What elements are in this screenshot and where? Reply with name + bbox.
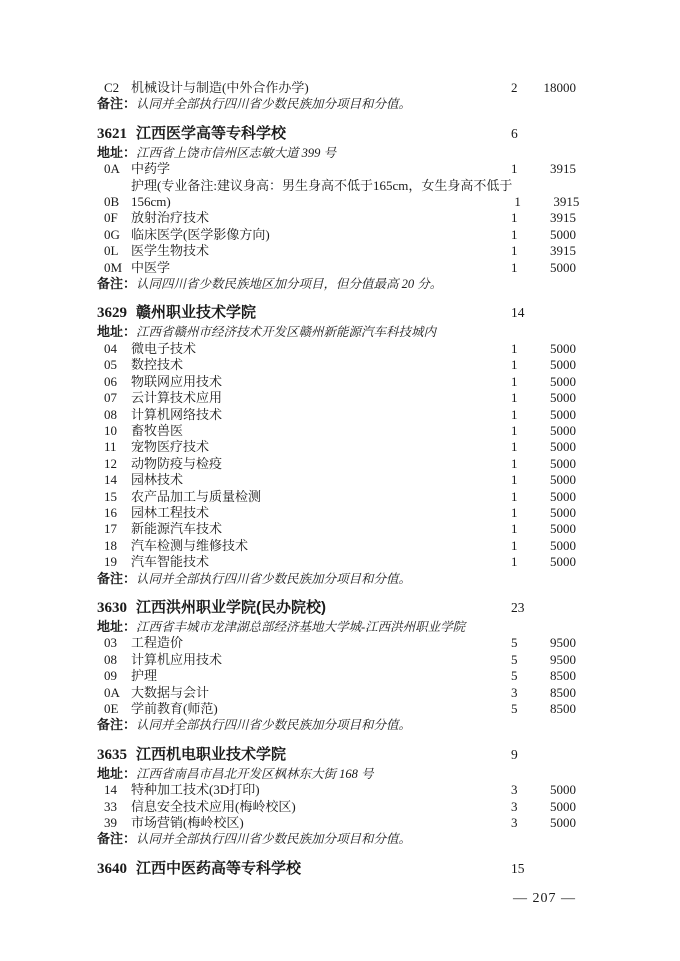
plan-count: 1: [511, 521, 541, 537]
note-text: 认同并全部执行四川省少数民族加分项目和分值。: [136, 832, 411, 846]
major-code: C2: [104, 80, 126, 96]
major-name: 园林工程技术: [131, 505, 511, 521]
plan-count: 1: [511, 227, 541, 243]
address-text: 江西省赣州市经济技术开发区赣州新能源汽车科技城内: [136, 325, 436, 339]
note-label: 备注：: [97, 831, 136, 846]
tuition-fee: 5000: [541, 554, 576, 570]
major-name-line: 农产品加工与质量检测: [131, 489, 509, 505]
note-row: 备注：认同四川省少数民族地区加分项目，但分值最高 20 分。: [97, 276, 576, 292]
major-code: 18: [104, 538, 126, 554]
major-name-line: 宠物医疗技术: [131, 439, 509, 455]
school-code: 3630: [97, 597, 127, 619]
major-name: 宠物医疗技术: [131, 439, 511, 455]
major-name: 园林技术: [131, 472, 511, 488]
plan-count: 5: [511, 635, 541, 651]
major-name-line: 云计算技术应用: [131, 390, 509, 406]
major-name: 中药学: [131, 161, 511, 177]
tuition-fee: 5000: [541, 341, 576, 357]
major-name-line: 机械设计与制造(中外合作办学): [131, 80, 509, 96]
tuition-fee: 8500: [541, 701, 576, 717]
major-name-line: 医学生物技术: [131, 243, 509, 259]
major-code: 11: [104, 439, 126, 455]
major-row: 11宠物医疗技术15000: [97, 439, 576, 455]
plan-count: 1: [511, 538, 541, 554]
plan-count: 1: [511, 243, 541, 259]
tuition-fee: 5000: [541, 505, 576, 521]
major-row: 0M中医学15000: [97, 260, 576, 276]
major-name: 汽车检测与维修技术: [131, 538, 511, 554]
tuition-fee: 5000: [541, 390, 576, 406]
tuition-fee: 9500: [541, 635, 576, 651]
tuition-fee: 5000: [541, 407, 576, 423]
tuition-fee: 3915: [544, 194, 579, 210]
note-label: 备注：: [97, 276, 136, 291]
major-code: 08: [104, 652, 126, 668]
major-name: 中医学: [131, 260, 511, 276]
major-name-line: 园林工程技术: [131, 505, 509, 521]
major-name: 护理(专业备注:建议身高：男生身高不低于165cm，女生身高不低于156cm): [131, 178, 514, 211]
major-name: 汽车智能技术: [131, 554, 511, 570]
note-text: 认同并全部执行四川省少数民族加分项目和分值。: [136, 718, 411, 732]
plan-count: 3: [511, 815, 541, 831]
address-row: 地址：江西省丰城市龙津湖总部经济基地大学城-江西洪州职业学院: [97, 619, 576, 635]
note-row: 备注：认同并全部执行四川省少数民族加分项目和分值。: [97, 96, 576, 112]
plan-count: 1: [511, 439, 541, 455]
major-name-line: 汽车智能技术: [131, 554, 509, 570]
major-name: 数控技术: [131, 357, 511, 373]
major-name-line: 计算机网络技术: [131, 407, 509, 423]
major-name-line: 放射治疗技术: [131, 210, 509, 226]
major-code: 14: [104, 782, 126, 798]
major-row: 08计算机应用技术59500: [97, 652, 576, 668]
major-code: 07: [104, 390, 126, 406]
major-name: 工程造价: [131, 635, 511, 651]
plan-count: 1: [511, 260, 541, 276]
major-name: 市场营销(梅岭校区): [131, 815, 511, 831]
major-row: 06物联网应用技术15000: [97, 374, 576, 390]
major-name-line: 畜牧兽医: [131, 423, 509, 439]
major-row: 0A中药学13915: [97, 161, 576, 177]
major-row: 19汽车智能技术15000: [97, 554, 576, 570]
major-name: 新能源汽车技术: [131, 521, 511, 537]
tuition-fee: 5000: [541, 456, 576, 472]
major-row: 12动物防疫与检疫15000: [97, 456, 576, 472]
major-row: 18汽车检测与维修技术15000: [97, 538, 576, 554]
major-row: 15农产品加工与质量检测15000: [97, 489, 576, 505]
sections: C2机械设计与制造(中外合作办学)218000备注：认同并全部执行四川省少数民族…: [97, 80, 576, 880]
major-name: 护理: [131, 668, 511, 684]
school-name: 江西机电职业技术学院: [136, 744, 511, 766]
major-name: 物联网应用技术: [131, 374, 511, 390]
major-code: 0M: [104, 260, 126, 276]
tuition-fee: 5000: [541, 423, 576, 439]
school-section: 3630江西洪州职业学院(民办院校)23地址：江西省丰城市龙津湖总部经济基地大学…: [97, 597, 576, 734]
major-name-line: 微电子技术: [131, 341, 509, 357]
page-number: — 207 —: [513, 891, 576, 907]
major-name: 云计算技术应用: [131, 390, 511, 406]
plan-count: 1: [511, 210, 541, 226]
major-row: 09护理58500: [97, 668, 576, 684]
plan-count: 1: [511, 423, 541, 439]
school-code: 3635: [97, 744, 127, 766]
major-row: 0G临床医学(医学影像方向)15000: [97, 227, 576, 243]
major-name-line: 数控技术: [131, 357, 509, 373]
note-label: 备注：: [97, 571, 136, 586]
plan-count: 1: [511, 554, 541, 570]
tuition-fee: 5000: [541, 227, 576, 243]
tuition-fee: 3915: [541, 243, 576, 259]
address-row: 地址：江西省上饶市信州区志敏大道 399 号: [97, 145, 576, 161]
tuition-fee: 5000: [541, 782, 576, 798]
tuition-fee: 8500: [541, 668, 576, 684]
tuition-fee: 5000: [541, 439, 576, 455]
school-header: 3621江西医学高等专科学校6: [97, 123, 576, 145]
major-name-line: 工程造价: [131, 635, 509, 651]
major-name-line: 信息安全技术应用(梅岭校区): [131, 799, 509, 815]
address-text: 江西省南昌市昌北开发区枫林东大街 168 号: [136, 767, 374, 781]
tuition-fee: 5000: [541, 357, 576, 373]
major-code: 0A: [104, 685, 126, 701]
major-name-line: 学前教育(师范): [131, 701, 509, 717]
major-name: 动物防疫与检疫: [131, 456, 511, 472]
major-code: 05: [104, 357, 126, 373]
school-code: 3640: [97, 858, 127, 880]
plan-count: 5: [511, 668, 541, 684]
major-code: 15: [104, 489, 126, 505]
major-code: 0E: [104, 701, 126, 717]
major-name-line: 中医学: [131, 260, 509, 276]
major-code: 16: [104, 505, 126, 521]
major-name: 大数据与会计: [131, 685, 511, 701]
plan-count: 5: [511, 701, 541, 717]
plan-count: 1: [511, 407, 541, 423]
major-name-line: 市场营销(梅岭校区): [131, 815, 509, 831]
document-page: C2机械设计与制造(中外合作办学)218000备注：认同并全部执行四川省少数民族…: [0, 0, 680, 961]
major-name: 放射治疗技术: [131, 210, 511, 226]
major-row: 05数控技术15000: [97, 357, 576, 373]
plan-count: 3: [511, 782, 541, 798]
note-text: 认同四川省少数民族地区加分项目，但分值最高 20 分。: [136, 277, 442, 291]
major-name-line: 计算机应用技术: [131, 652, 509, 668]
major-name-line2: 156cm): [131, 194, 512, 210]
major-code: 03: [104, 635, 126, 651]
major-name: 农产品加工与质量检测: [131, 489, 511, 505]
plan-count: 3: [511, 685, 541, 701]
school-name: 江西洪州职业学院(民办院校): [136, 597, 511, 619]
note-label: 备注：: [97, 96, 136, 111]
tuition-fee: 5000: [541, 472, 576, 488]
tuition-fee: 5000: [541, 489, 576, 505]
major-code: 04: [104, 341, 126, 357]
school-plan-total: 9: [511, 744, 541, 766]
note-text: 认同并全部执行四川省少数民族加分项目和分值。: [136, 572, 411, 586]
major-code: 0G: [104, 227, 126, 243]
major-row: 0B护理(专业备注:建议身高：男生身高不低于165cm，女生身高不低于156cm…: [97, 178, 576, 211]
major-code: 39: [104, 815, 126, 831]
plan-count: 1: [514, 194, 544, 210]
major-row: 0A大数据与会计38500: [97, 685, 576, 701]
tuition-fee: 3915: [541, 210, 576, 226]
major-name-line: 特种加工技术(3D打印): [131, 782, 509, 798]
major-code: 10: [104, 423, 126, 439]
major-code: 0L: [104, 243, 126, 259]
school-plan-total: 23: [511, 597, 541, 619]
school-code: 3629: [97, 302, 127, 324]
plan-count: 1: [511, 472, 541, 488]
address-label: 地址：: [97, 766, 136, 781]
major-row: C2机械设计与制造(中外合作办学)218000: [97, 80, 576, 96]
school-section: C2机械设计与制造(中外合作办学)218000备注：认同并全部执行四川省少数民族…: [97, 80, 576, 113]
major-code: 0A: [104, 161, 126, 177]
school-header: 3630江西洪州职业学院(民办院校)23: [97, 597, 576, 619]
major-name: 微电子技术: [131, 341, 511, 357]
major-name: 畜牧兽医: [131, 423, 511, 439]
major-name: 计算机网络技术: [131, 407, 511, 423]
tuition-fee: 5000: [541, 538, 576, 554]
plan-count: 1: [511, 341, 541, 357]
major-name-line: 园林技术: [131, 472, 509, 488]
major-name-line: 中药学: [131, 161, 509, 177]
school-section: 3629赣州职业技术学院14地址：江西省赣州市经济技术开发区赣州新能源汽车科技城…: [97, 302, 576, 587]
tuition-fee: 5000: [541, 521, 576, 537]
major-code: 17: [104, 521, 126, 537]
plan-count: 5: [511, 652, 541, 668]
major-name: 特种加工技术(3D打印): [131, 782, 511, 798]
major-code: 33: [104, 799, 126, 815]
major-code: 09: [104, 668, 126, 684]
address-row: 地址：江西省南昌市昌北开发区枫林东大街 168 号: [97, 766, 576, 782]
plan-count: 1: [511, 489, 541, 505]
major-name: 临床医学(医学影像方向): [131, 227, 511, 243]
major-row: 39市场营销(梅岭校区)35000: [97, 815, 576, 831]
major-name-line: 护理(专业备注:建议身高：男生身高不低于165cm，女生身高不低于: [131, 178, 512, 194]
major-name-line: 临床医学(医学影像方向): [131, 227, 509, 243]
school-name: 赣州职业技术学院: [136, 302, 511, 324]
plan-count: 1: [511, 456, 541, 472]
tuition-fee: 18000: [541, 80, 576, 96]
major-code: 12: [104, 456, 126, 472]
tuition-fee: 8500: [541, 685, 576, 701]
school-plan-total: 6: [511, 123, 541, 145]
address-text: 江西省丰城市龙津湖总部经济基地大学城-江西洪州职业学院: [136, 620, 465, 634]
major-row: 10畜牧兽医15000: [97, 423, 576, 439]
tuition-fee: 9500: [541, 652, 576, 668]
school-section: 3635江西机电职业技术学院9地址：江西省南昌市昌北开发区枫林东大街 168 号…: [97, 744, 576, 848]
note-label: 备注：: [97, 717, 136, 732]
plan-count: 1: [511, 357, 541, 373]
school-section: 3621江西医学高等专科学校6地址：江西省上饶市信州区志敏大道 399 号0A中…: [97, 123, 576, 293]
note-row: 备注：认同并全部执行四川省少数民族加分项目和分值。: [97, 831, 576, 847]
address-label: 地址：: [97, 324, 136, 339]
major-code: 14: [104, 472, 126, 488]
major-row: 0F放射治疗技术13915: [97, 210, 576, 226]
school-plan-total: 14: [511, 302, 541, 324]
major-name-line: 护理: [131, 668, 509, 684]
address-label: 地址：: [97, 145, 136, 160]
major-row: 14特种加工技术(3D打印)35000: [97, 782, 576, 798]
address-text: 江西省上饶市信州区志敏大道 399 号: [136, 146, 336, 160]
major-name-line: 新能源汽车技术: [131, 521, 509, 537]
major-name: 医学生物技术: [131, 243, 511, 259]
plan-count: 3: [511, 799, 541, 815]
school-header: 3640江西中医药高等专科学校15: [97, 858, 576, 880]
major-name: 学前教育(师范): [131, 701, 511, 717]
major-name: 信息安全技术应用(梅岭校区): [131, 799, 511, 815]
major-code: 0B: [104, 194, 126, 210]
school-header: 3635江西机电职业技术学院9: [97, 744, 576, 766]
major-name-line: 物联网应用技术: [131, 374, 509, 390]
plan-count: 1: [511, 161, 541, 177]
major-code: 06: [104, 374, 126, 390]
plan-count: 1: [511, 374, 541, 390]
major-code: 0F: [104, 210, 126, 226]
school-name: 江西中医药高等专科学校: [136, 858, 511, 880]
school-name: 江西医学高等专科学校: [136, 123, 511, 145]
address-row: 地址：江西省赣州市经济技术开发区赣州新能源汽车科技城内: [97, 324, 576, 340]
note-row: 备注：认同并全部执行四川省少数民族加分项目和分值。: [97, 717, 576, 733]
school-section: 3640江西中医药高等专科学校15: [97, 858, 576, 880]
major-name: 计算机应用技术: [131, 652, 511, 668]
tuition-fee: 5000: [541, 260, 576, 276]
note-text: 认同并全部执行四川省少数民族加分项目和分值。: [136, 97, 411, 111]
school-code: 3621: [97, 123, 127, 145]
major-row: 04微电子技术15000: [97, 341, 576, 357]
major-code: 19: [104, 554, 126, 570]
address-label: 地址：: [97, 619, 136, 634]
major-name-line: 大数据与会计: [131, 685, 509, 701]
major-row: 16园林工程技术15000: [97, 505, 576, 521]
major-code: 08: [104, 407, 126, 423]
major-row: 0L医学生物技术13915: [97, 243, 576, 259]
major-row: 08计算机网络技术15000: [97, 407, 576, 423]
tuition-fee: 5000: [541, 799, 576, 815]
major-row: 33信息安全技术应用(梅岭校区)35000: [97, 799, 576, 815]
note-row: 备注：认同并全部执行四川省少数民族加分项目和分值。: [97, 571, 576, 587]
major-row: 14园林技术15000: [97, 472, 576, 488]
major-row: 03工程造价59500: [97, 635, 576, 651]
major-row: 0E学前教育(师范)58500: [97, 701, 576, 717]
tuition-fee: 5000: [541, 815, 576, 831]
plan-count: 2: [511, 80, 541, 96]
tuition-fee: 5000: [541, 374, 576, 390]
major-name-line: 动物防疫与检疫: [131, 456, 509, 472]
major-name-line: 汽车检测与维修技术: [131, 538, 509, 554]
tuition-fee: 3915: [541, 161, 576, 177]
plan-count: 1: [511, 505, 541, 521]
school-header: 3629赣州职业技术学院14: [97, 302, 576, 324]
school-plan-total: 15: [511, 858, 541, 880]
plan-count: 1: [511, 390, 541, 406]
major-name: 机械设计与制造(中外合作办学): [131, 80, 511, 96]
major-row: 07云计算技术应用15000: [97, 390, 576, 406]
major-row: 17新能源汽车技术15000: [97, 521, 576, 537]
